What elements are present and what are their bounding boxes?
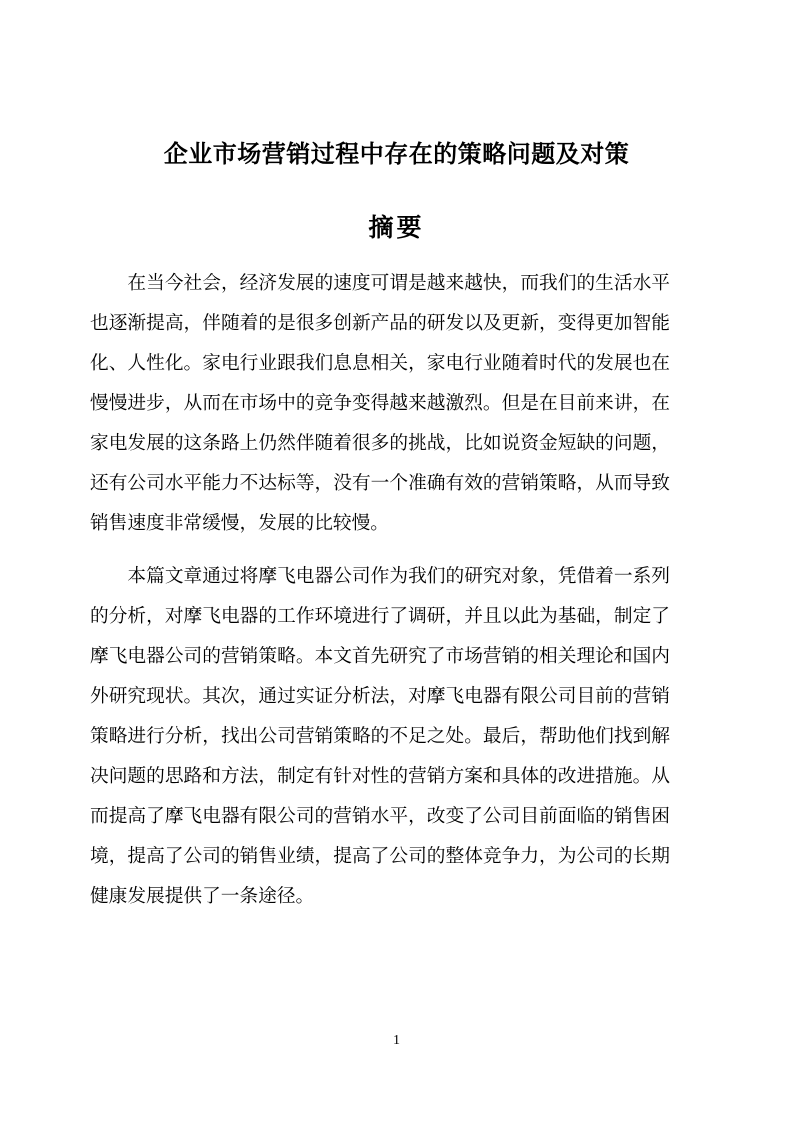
abstract-paragraph-2: 本篇文章通过将摩飞电器公司作为我们的研究对象，凭借着一系列的分析，对摩飞电器的工… (90, 557, 670, 917)
abstract-paragraph-1: 在当今社会，经济发展的速度可谓是越来越快，而我们的生活水平也逐渐提高，伴随着的是… (90, 264, 670, 544)
document-title: 企业市场营销过程中存在的策略问题及对策 (0, 138, 793, 172)
page-number: 1 (0, 1032, 793, 1050)
document-page: 企业市场营销过程中存在的策略问题及对策 摘要 在当今社会，经济发展的速度可谓是越… (0, 0, 793, 1122)
abstract-heading: 摘要 (0, 211, 793, 245)
abstract-body: 在当今社会，经济发展的速度可谓是越来越快，而我们的生活水平也逐渐提高，伴随着的是… (90, 264, 670, 930)
